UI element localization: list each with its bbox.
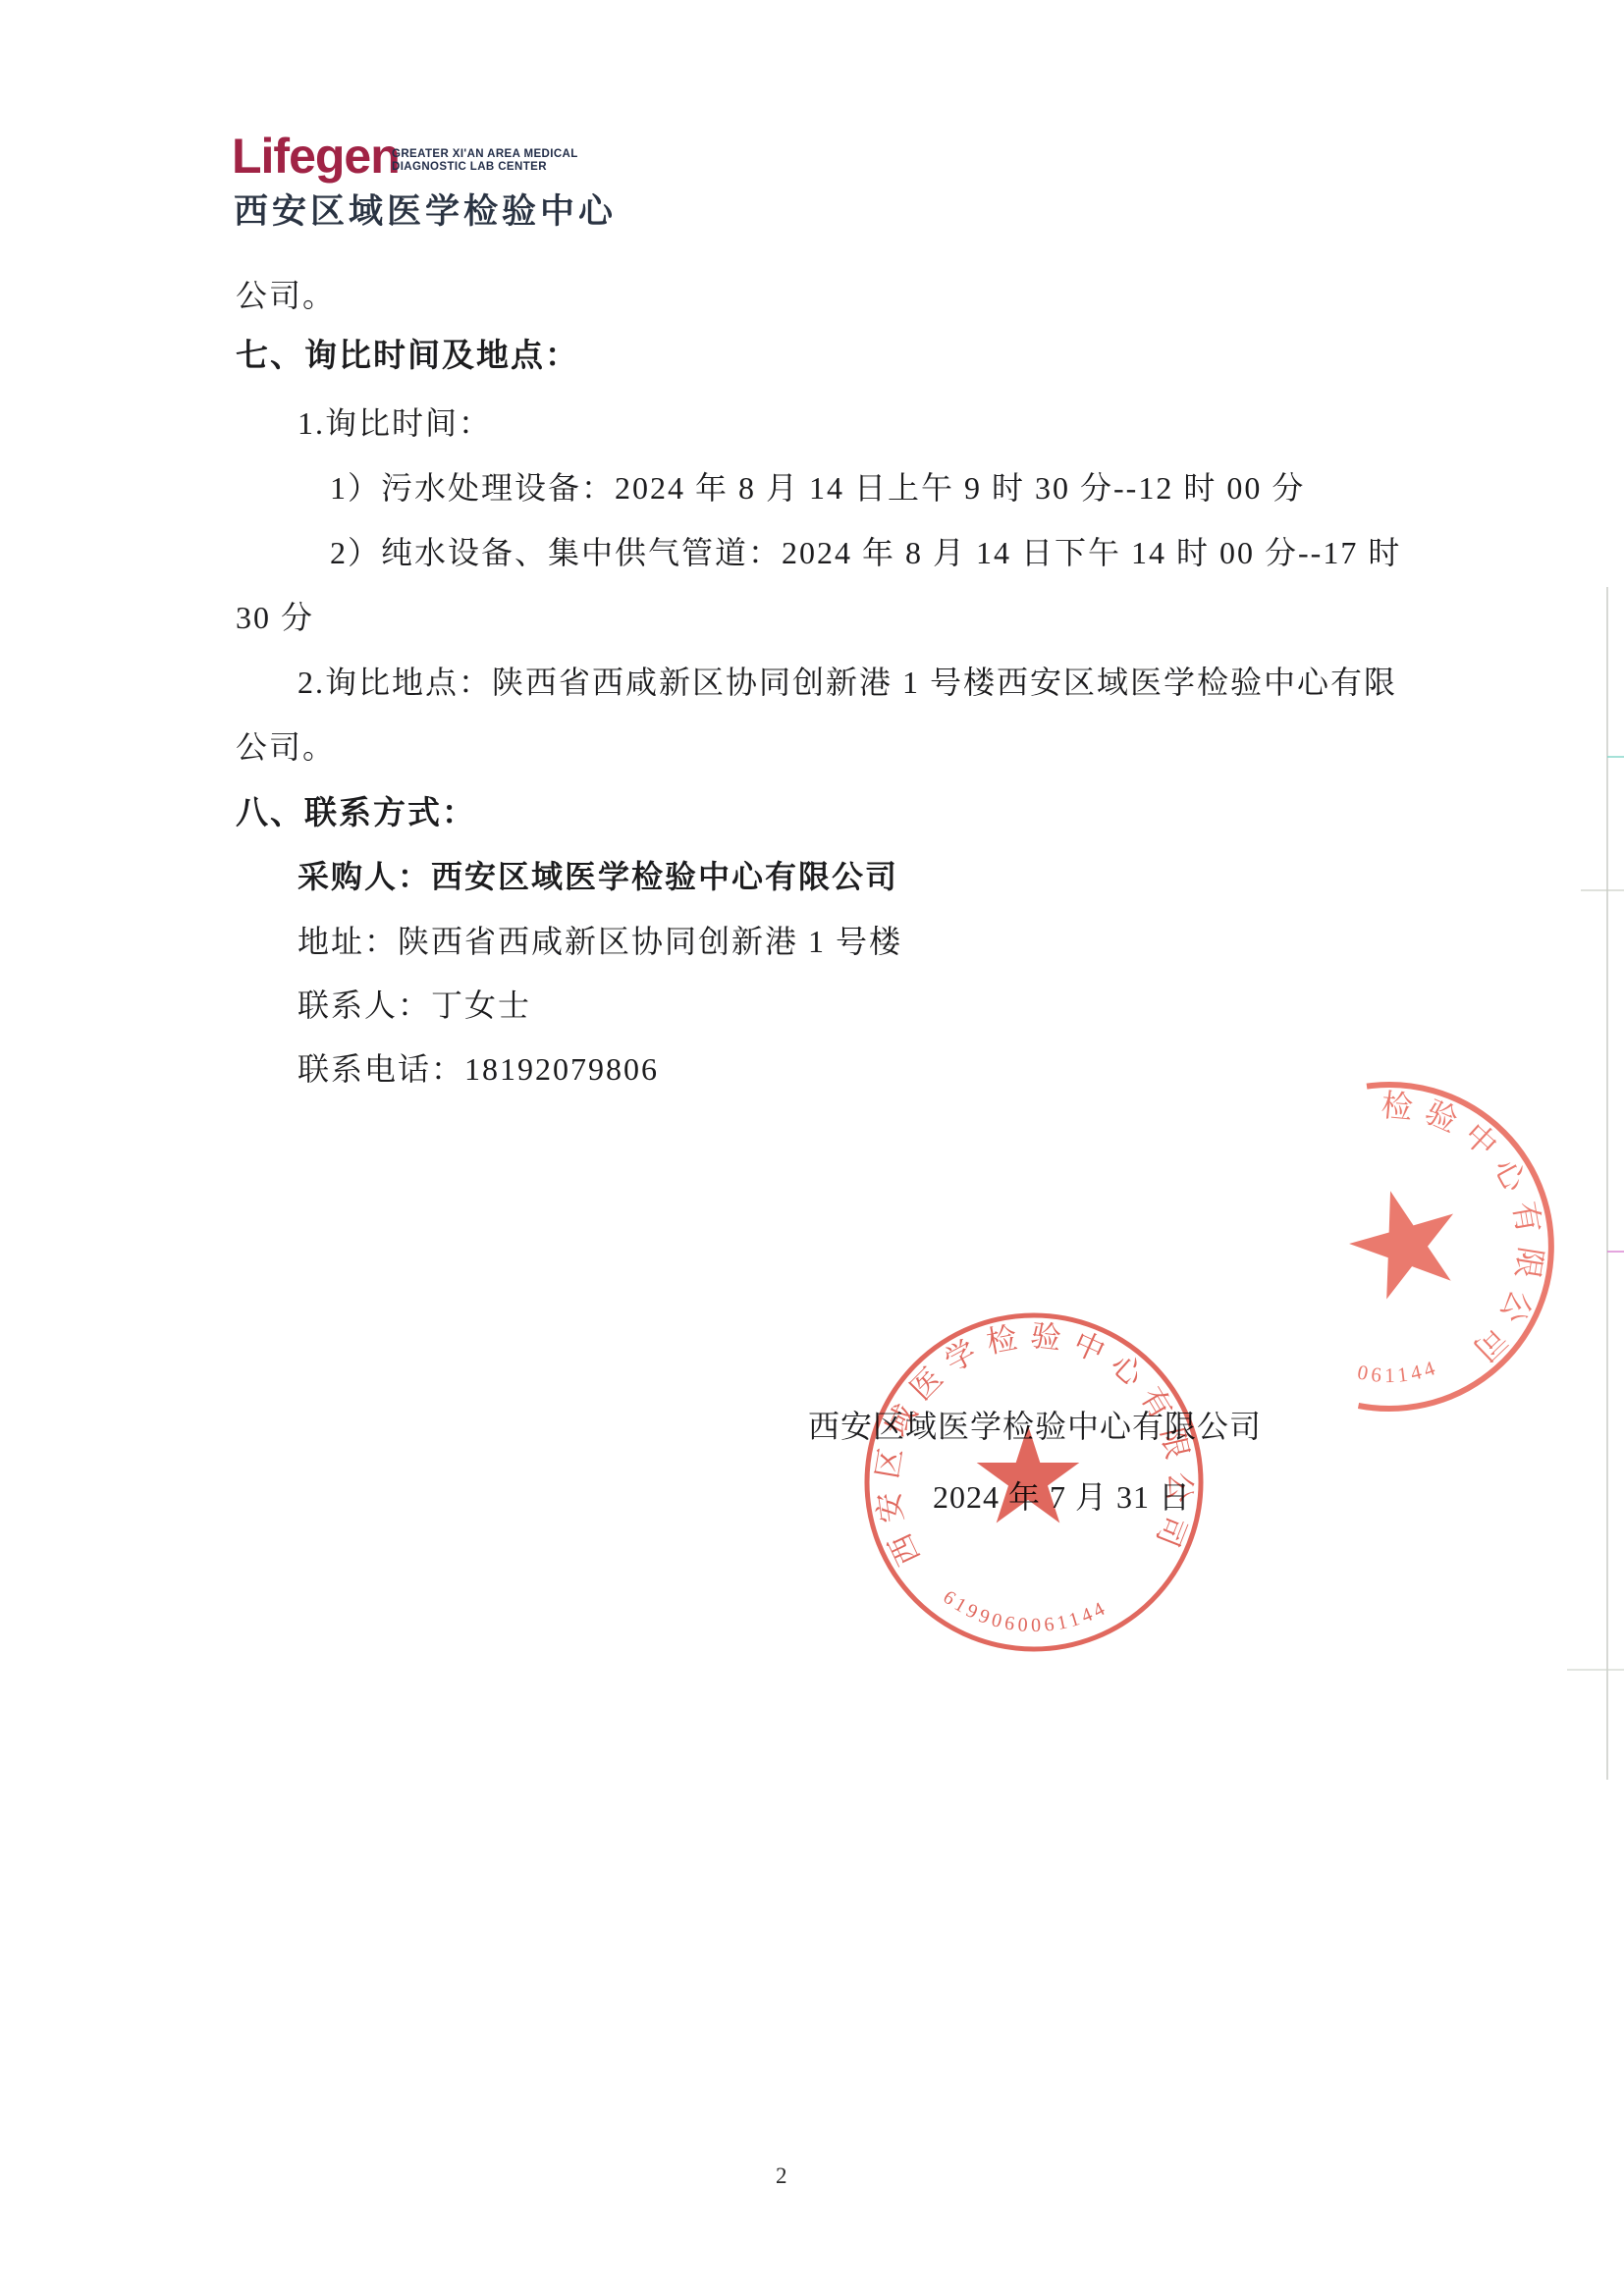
logo-org-name-cn: 西安区域医学检验中心	[234, 185, 617, 234]
svg-text:061144: 061144	[1356, 1355, 1441, 1387]
address-line: 地址：陕西省西咸新区协同创新港 1 号楼	[298, 917, 902, 962]
star-icon	[1347, 1190, 1454, 1302]
company-seal-center: 西安区域医学检验中心有限公司 6199060061144	[849, 1298, 1222, 1671]
contact-phone-line: 联系电话：18192079806	[298, 1044, 659, 1090]
logo-tagline: GREATER XI'AN AREA MEDICAL DIAGNOSTIC LA…	[392, 148, 578, 174]
item-time-continuation: 30 分	[236, 593, 314, 638]
scan-artifact-vline	[1606, 587, 1608, 1780]
scan-artifact-tick	[1607, 1251, 1624, 1253]
paragraph-continuation: 公司。	[236, 271, 336, 316]
item-purewater-gas: 2）纯水设备、集中供气管道：2024 年 8 月 14 日下午 14 时 00 …	[330, 528, 1401, 573]
item-inquiry-time: 1.询比时间：	[298, 399, 492, 444]
scan-artifact-tick	[1607, 756, 1624, 758]
section-heading-8: 八、联系方式：	[236, 787, 476, 833]
location-continuation: 公司。	[236, 722, 336, 768]
logo-brand: Lifegen	[232, 128, 400, 185]
seal-code-text: 061144	[1356, 1355, 1441, 1387]
svg-text:6199060061144: 6199060061144	[939, 1586, 1111, 1636]
item-inquiry-location: 2.询比地点：陕西省西咸新区协同创新港 1 号楼西安区域医学检验中心有限	[298, 658, 1397, 703]
item-sewage-equipment: 1）污水处理设备：2024 年 8 月 14 日上午 9 时 30 分--12 …	[330, 463, 1305, 508]
document-page: Lifegen GREATER XI'AN AREA MEDICAL DIAGN…	[0, 0, 1624, 2296]
seal-code-text: 6199060061144	[939, 1586, 1111, 1636]
logo-tagline-line2: DIAGNOSTIC LAB CENTER	[392, 161, 578, 174]
scan-artifact-tick	[1581, 889, 1624, 891]
section-heading-7: 七、询比时间及地点：	[236, 330, 579, 376]
star-icon	[977, 1425, 1080, 1523]
contact-person-line: 联系人：丁女士	[298, 981, 531, 1026]
logo-tagline-line1: GREATER XI'AN AREA MEDICAL	[392, 148, 578, 161]
page-number: 2	[776, 2163, 787, 2189]
scan-artifact-tick	[1567, 1669, 1624, 1671]
purchaser-line: 采购人：西安区域医学检验中心有限公司	[298, 852, 898, 897]
company-seal-partial: 检验中心有限公司 061144	[1190, 1036, 1563, 1438]
